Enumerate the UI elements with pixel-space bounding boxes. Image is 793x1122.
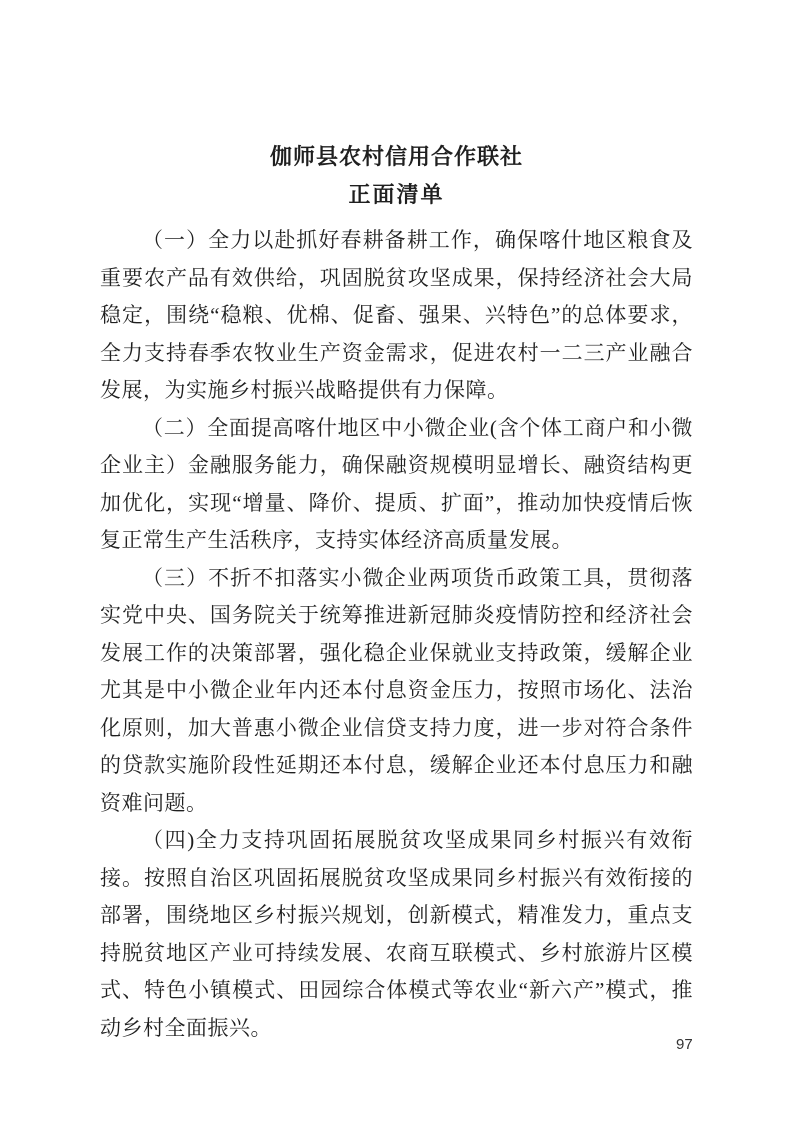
body-paragraph: （一）全力以赴抓好春耕备耕工作，确保喀什地区粮食及重要农产品有效供给，巩固脱贫攻… — [100, 222, 693, 410]
document-body: （一）全力以赴抓好春耕备耕工作，确保喀什地区粮食及重要农产品有效供给，巩固脱贫攻… — [100, 222, 693, 1047]
document-title: 伽师县农村信用合作联社 — [100, 138, 693, 176]
body-paragraph: （二）全面提高喀什地区中小微企业(含个体工商户和小微企业主）金融服务能力，确保融… — [100, 410, 693, 560]
page-number: 97 — [676, 1036, 693, 1053]
body-paragraph: （四)全力支持巩固拓展脱贫攻坚成果同乡村振兴有效衔接。按照自治区巩固拓展脱贫攻坚… — [100, 822, 693, 1047]
document-page: 伽师县农村信用合作联社 正面清单 （一）全力以赴抓好春耕备耕工作，确保喀什地区粮… — [0, 0, 793, 1122]
document-content: 伽师县农村信用合作联社 正面清单 （一）全力以赴抓好春耕备耕工作，确保喀什地区粮… — [100, 138, 693, 1047]
document-subtitle: 正面清单 — [100, 176, 693, 214]
body-paragraph: （三）不折不扣落实小微企业两项货币政策工具，贯彻落实党中央、国务院关于统筹推进新… — [100, 560, 693, 823]
